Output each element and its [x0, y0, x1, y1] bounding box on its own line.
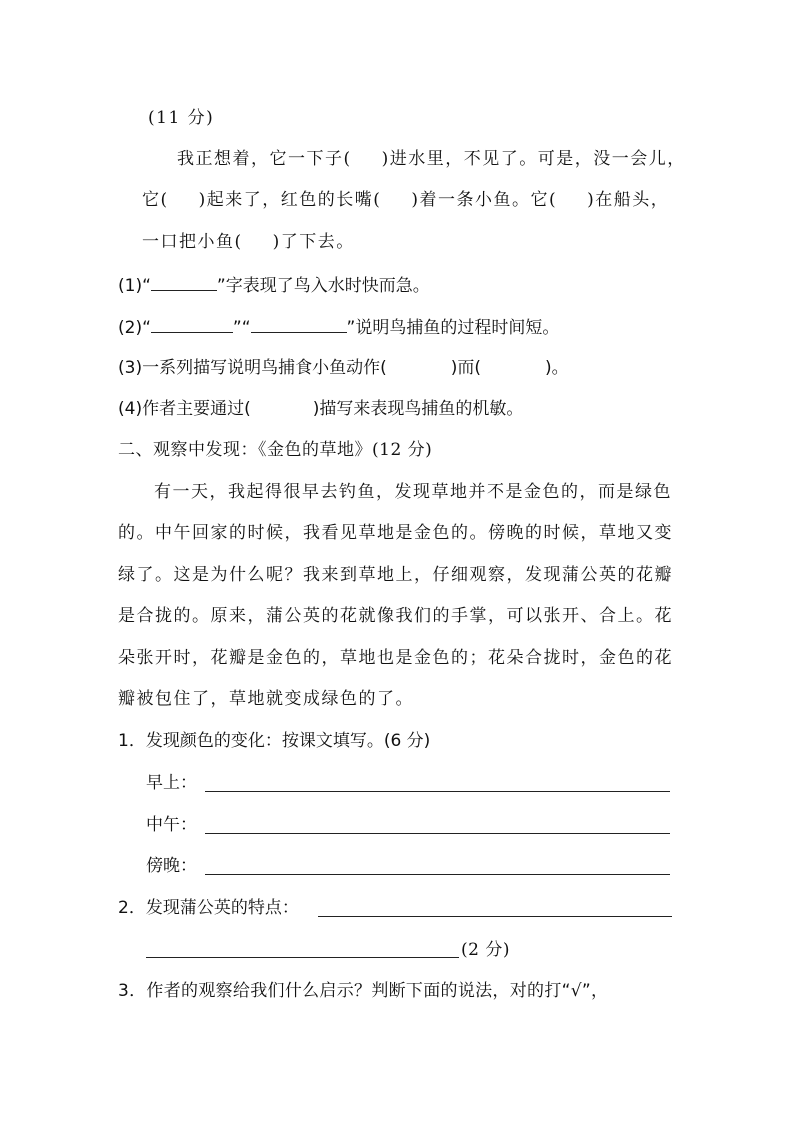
question-1-4: (4)作者主要通过()描写来表现鸟捕鱼的机敏。 — [118, 398, 523, 420]
text-segment: 一口把小鱼( — [142, 232, 243, 252]
question-text: )。 — [545, 358, 569, 378]
field-label-evening: 傍晚： — [146, 855, 197, 877]
text-segment: )着一条小鱼。它( — [411, 190, 557, 210]
passage1-score: (11 分) — [148, 107, 214, 129]
passage2-line: 朵张开时，花瓣是金色的，草地也是金色的；花朵合拢时，金色的花 — [118, 647, 673, 669]
answer-line-evening[interactable] — [205, 874, 670, 875]
passage2-line: 绿了。这是为什么呢？我来到草地上，仔细观察，发现蒲公英的花瓣 — [118, 564, 673, 586]
passage2-line: 有一天，我起得很早去钓鱼，发现草地并不是金色的，而是绿色 — [154, 481, 672, 503]
text-segment: 它( — [142, 190, 169, 210]
section-heading: 二、观察中发现：《金色的草地》(12 分) — [118, 439, 432, 461]
question-1-1: (1)“”字表现了鸟入水时快而急。 — [118, 273, 430, 297]
question-2-2-score: (2 分) — [461, 939, 510, 961]
text-segment: )在船头， — [587, 190, 669, 210]
question-2-3-title: 3．作者的观察给我们什么启示？判断下面的说法，对的打“√”， — [118, 980, 608, 1002]
question-text: )描写来表现鸟捕鱼的机敏。 — [313, 399, 524, 419]
question-text: (1)“ — [118, 276, 151, 296]
question-text: (3)一系列描写说明鸟捕食小鱼动作( — [118, 358, 387, 378]
question-text: )而( — [451, 358, 481, 378]
field-label-noon: 中午： — [146, 814, 197, 836]
passage2-line: 是合拢的。原来，蒲公英的花就像我们的手掌，可以张开、合上。花 — [118, 605, 673, 627]
text-segment: )进水里，不见了。可是，没一会儿， — [382, 149, 686, 169]
question-1-2: (2)“”“”说明鸟捕鱼的过程时间短。 — [118, 315, 559, 339]
passage1-line-1: 我正想着，它一下子()进水里，不见了。可是，没一会儿， — [177, 148, 686, 170]
question-text: ”字表现了鸟入水时快而急。 — [217, 276, 430, 296]
question-text: ”说明鸟捕鱼的过程时间短。 — [347, 318, 560, 338]
answer-line-morning[interactable] — [205, 791, 670, 792]
answer-blank[interactable] — [151, 273, 217, 291]
field-label-morning: 早上： — [146, 772, 197, 794]
question-text: (2)“ — [118, 318, 151, 338]
passage1-line-2: 它()起来了，红色的长嘴()着一条小鱼。它()在船头， — [142, 189, 669, 211]
question-2-2-title: 2．发现蒲公英的特点： — [118, 897, 299, 919]
answer-blank[interactable] — [251, 315, 347, 333]
question-1-3: (3)一系列描写说明鸟捕食小鱼动作()而()。 — [118, 357, 569, 379]
question-text: (4)作者主要通过( — [118, 399, 251, 419]
passage1-line-3: 一口把小鱼()了下去。 — [142, 231, 355, 253]
answer-line-feature-1[interactable] — [318, 916, 672, 917]
answer-line-feature-2[interactable] — [146, 957, 459, 958]
text-segment: )起来了，红色的长嘴( — [199, 190, 382, 210]
question-2-1-title: 1．发现颜色的变化：按课文填写。(6 分) — [118, 730, 430, 752]
answer-line-noon[interactable] — [205, 833, 670, 834]
question-text: ”“ — [233, 318, 251, 338]
text-segment: )了下去。 — [273, 232, 355, 252]
text-segment: 我正想着，它一下子( — [177, 149, 352, 169]
passage2-line: 瓣被包住了，草地就变成绿色的了。 — [118, 688, 414, 710]
passage2-line: 的。中午回家的时候，我看见草地是金色的。傍晚的时候，草地又变 — [118, 522, 673, 544]
answer-blank[interactable] — [151, 315, 233, 333]
